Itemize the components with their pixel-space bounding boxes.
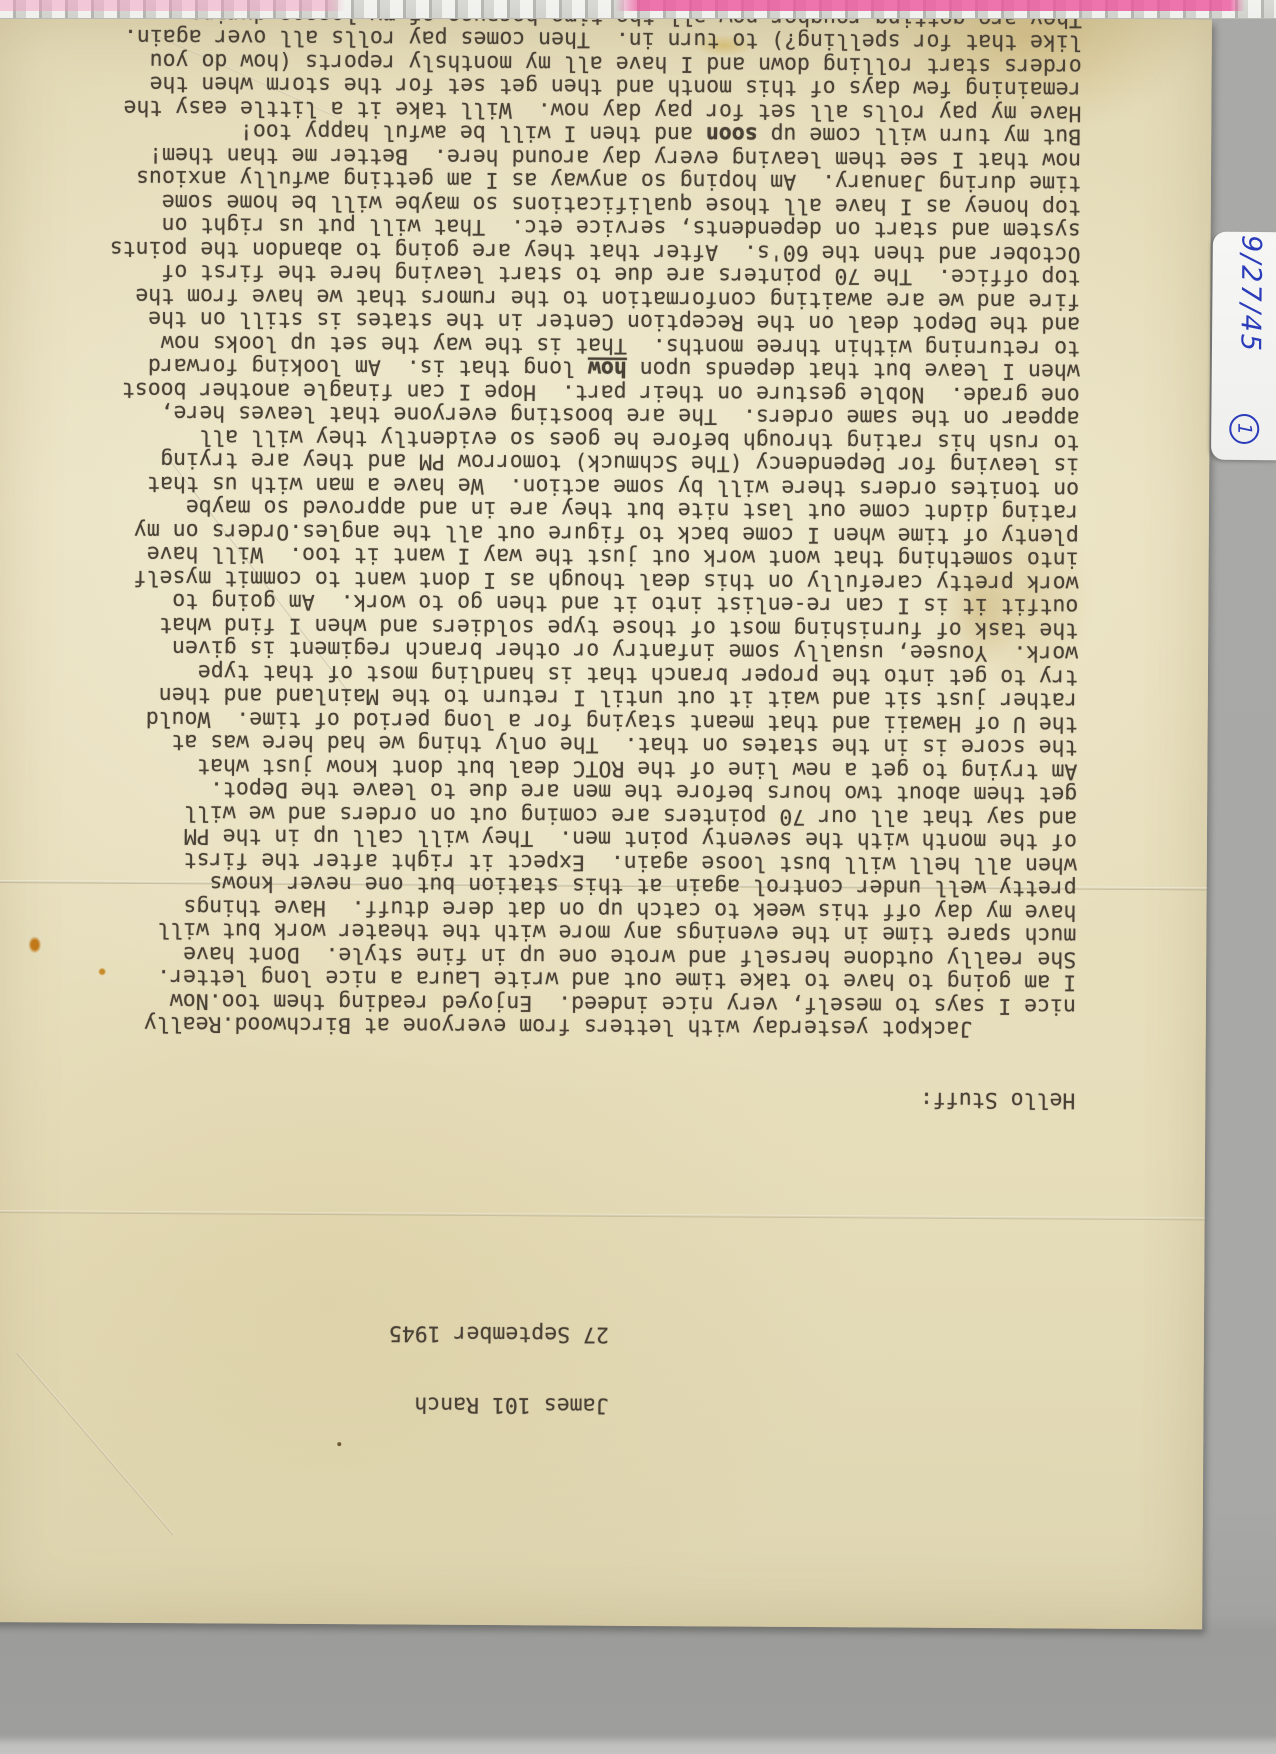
letter-heading: James 101 Ranch 27 September 1945 [0, 1272, 609, 1464]
page-number: 1 [1235, 423, 1254, 435]
archival-sticker: 9/27/45 1 [1211, 232, 1276, 461]
circled-page-number: 1 [1229, 414, 1259, 444]
letter-date: 27 September 1945 [0, 1319, 609, 1346]
handwritten-date: 9/27/45 [1234, 235, 1266, 353]
scanned-letter-page: James 101 Ranch 27 September 1945 Hello … [0, 0, 1276, 1754]
letter-salutation: Hello Stuff: [0, 1081, 1075, 1111]
letter-body: Jackpot yesterday with letters from ever… [0, 0, 1083, 1041]
pink-highlight-marks [0, 0, 1276, 11]
upside-down-letter-content: James 101 Ranch 27 September 1945 Hello … [0, 12, 1212, 1629]
letter-paper: James 101 Ranch 27 September 1945 Hello … [0, 12, 1212, 1629]
letter-sender: James 101 Ranch [0, 1389, 609, 1416]
